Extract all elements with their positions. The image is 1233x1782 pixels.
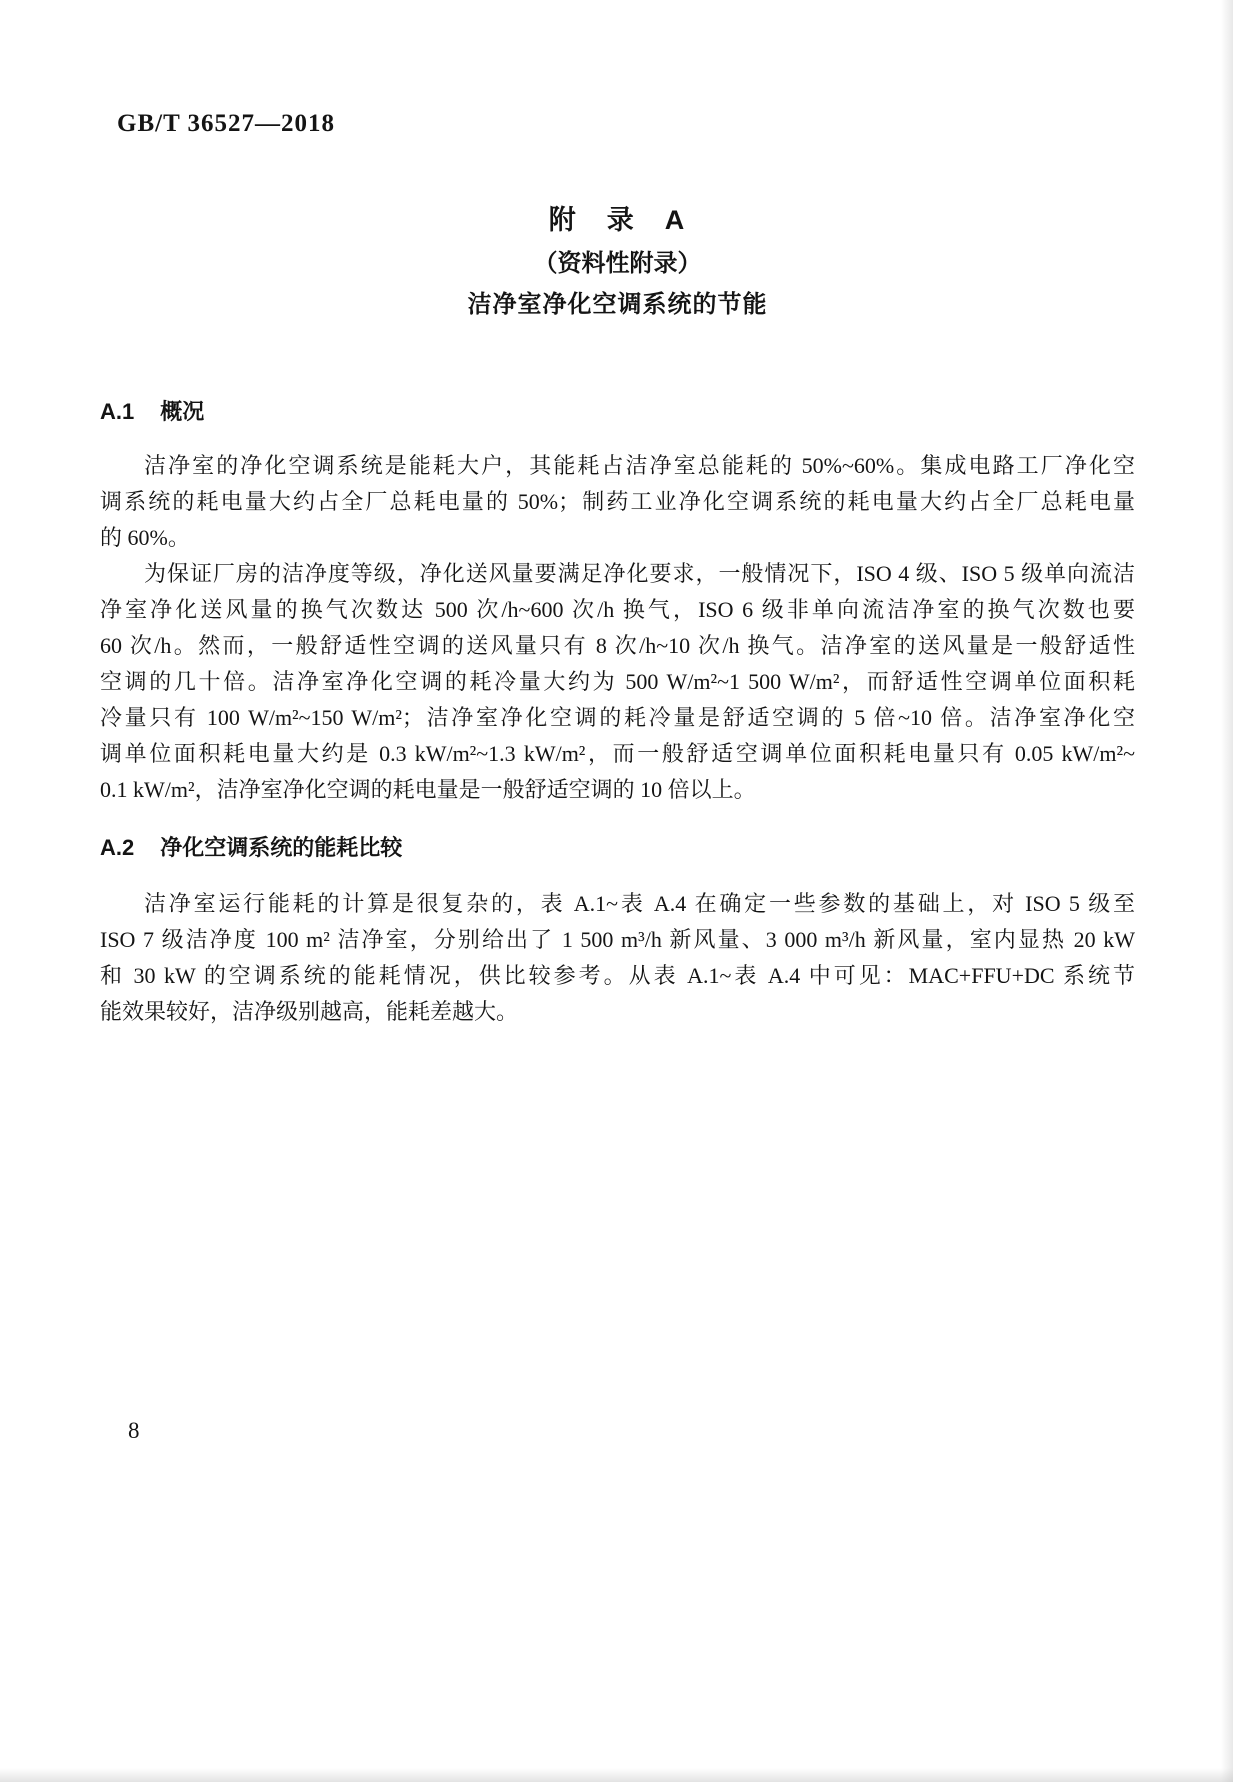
- section-a1-number: A.1: [100, 399, 134, 424]
- section-a2-heading: A.2净化空调系统的能耗比较: [100, 831, 402, 862]
- text-line: 冷量只有 100 W/m²~150 W/m²；洁净室净化空调的耗冷量是舒适空调的…: [100, 700, 1135, 736]
- appendix-subject: 洁净室净化空调系统的节能: [100, 284, 1135, 319]
- standard-code: GB/T 36527—2018: [117, 110, 335, 138]
- appendix-note: （资料性附录）: [100, 243, 1135, 278]
- page-number: 8: [128, 1418, 140, 1444]
- scan-edge-bottom: [0, 1768, 1233, 1782]
- section-a1-heading: A.1概况: [100, 395, 204, 426]
- text-line: 的 60%。: [100, 520, 1135, 556]
- text-line: 净室净化送风量的换气次数达 500 次/h~600 次/h 换气，ISO 6 级…: [100, 592, 1135, 628]
- text-line: 能效果较好，洁净级别越高，能耗差越大。: [100, 994, 1135, 1030]
- text-line: 调系统的耗电量大约占全厂总耗电量的 50%；制药工业净化空调系统的耗电量大约占全…: [100, 484, 1135, 520]
- section-a2-paragraph: 洁净室运行能耗的计算是很复杂的，表 A.1~表 A.4 在确定一些参数的基础上，…: [100, 886, 1135, 1030]
- appendix-title: 附 录 A: [100, 198, 1135, 237]
- text-line: 和 30 kW 的空调系统的能耗情况，供比较参考。从表 A.1~表 A.4 中可…: [100, 958, 1135, 994]
- text-line: ISO 7 级洁净度 100 m² 洁净室，分别给出了 1 500 m³/h 新…: [100, 922, 1135, 958]
- text-line: 60 次/h。然而，一般舒适性空调的送风量只有 8 次/h~10 次/h 换气。…: [100, 628, 1135, 664]
- section-a2-title: 净化空调系统的能耗比较: [160, 835, 402, 860]
- text-line: 0.1 kW/m²，洁净室净化空调的耗电量是一般舒适空调的 10 倍以上。: [100, 772, 1135, 808]
- text-line: 为保证厂房的洁净度等级，净化送风量要满足净化要求，一般情况下，ISO 4 级、I…: [100, 556, 1135, 592]
- scan-edge-right: [1221, 0, 1233, 1782]
- section-a2-number: A.2: [100, 835, 134, 860]
- section-a1-paragraph: 洁净室的净化空调系统是能耗大户，其能耗占洁净室总能耗的 50%~60%。集成电路…: [100, 448, 1135, 808]
- text-line: 洁净室的净化空调系统是能耗大户，其能耗占洁净室总能耗的 50%~60%。集成电路…: [100, 448, 1135, 484]
- text-line: 空调的几十倍。洁净室净化空调的耗冷量大约为 500 W/m²~1 500 W/m…: [100, 664, 1135, 700]
- section-a1-title: 概况: [160, 399, 204, 424]
- text-line: 洁净室运行能耗的计算是很复杂的，表 A.1~表 A.4 在确定一些参数的基础上，…: [100, 886, 1135, 922]
- document-page: GB/T 36527—2018 附 录 A （资料性附录） 洁净室净化空调系统的…: [0, 0, 1233, 1782]
- text-line: 调单位面积耗电量大约是 0.3 kW/m²~1.3 kW/m²，而一般舒适空调单…: [100, 736, 1135, 772]
